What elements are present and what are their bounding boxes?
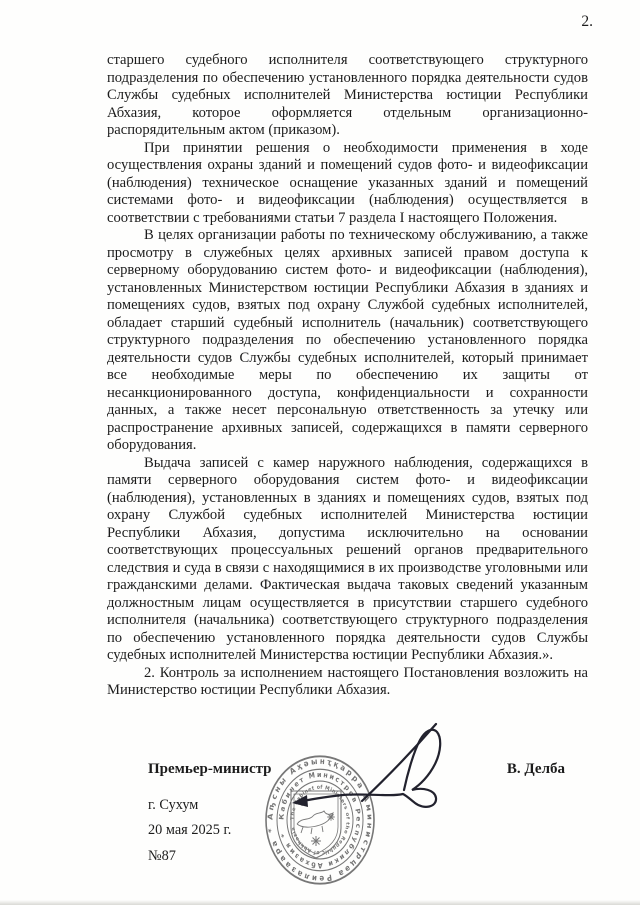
paragraph: 2. Контроль за исполнением настоящего По…	[107, 665, 588, 700]
stamp-star-icon	[327, 813, 335, 821]
paragraph: В целях организации работы по техническо…	[107, 227, 588, 455]
paragraph: При принятии решения о необходимости при…	[107, 140, 588, 228]
stamp-inner-border	[287, 781, 353, 859]
document-body: старшего судебного исполнителя соответст…	[107, 52, 588, 700]
official-stamp: Аҧсны Аҳәынҭқарра Аминистрцәа Реилазаара…	[266, 756, 374, 884]
signer-name: В. Делба	[507, 761, 565, 778]
paragraph: старшего судебного исполнителя соответст…	[107, 52, 588, 140]
page-number: 2.	[581, 13, 593, 31]
stamp-and-signature-overlay: Аҧсны Аҳәынҭқарра Аминистрцәа Реилазаара…	[230, 706, 475, 905]
paragraph: Выдача записей с камер наружного наблюде…	[107, 455, 588, 665]
scan-edge-shadow	[0, 900, 640, 905]
stamp-horseman	[297, 811, 333, 834]
document-page: 2. старшего судебного исполнителя соотве…	[0, 0, 640, 905]
stamp-star-icon	[311, 836, 321, 846]
